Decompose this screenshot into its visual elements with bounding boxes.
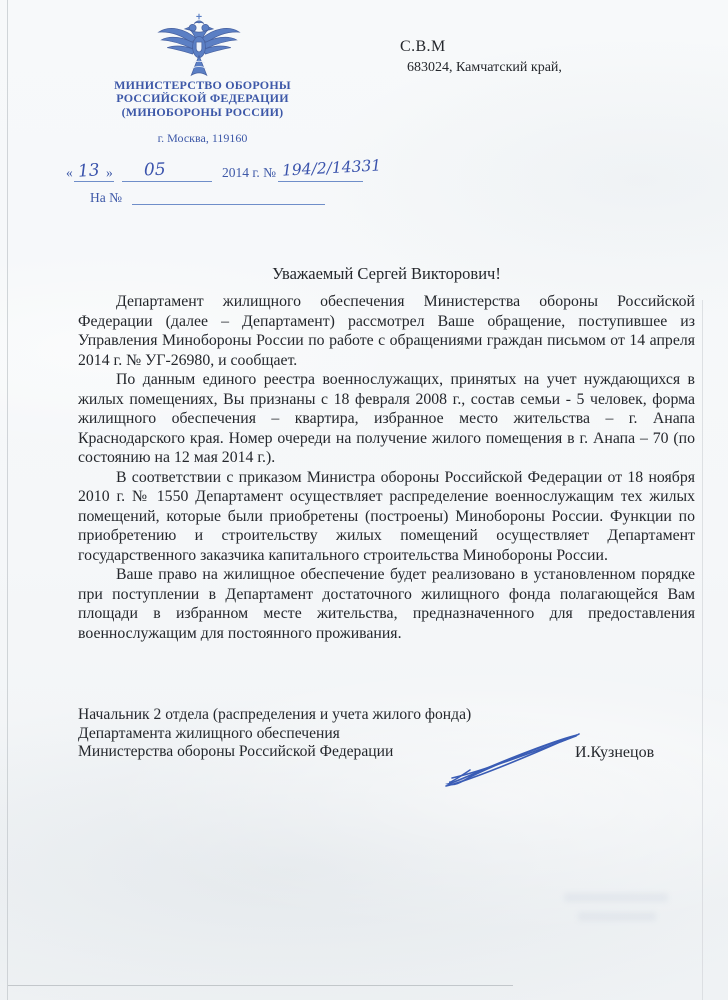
recipient-name: С.В.М <box>400 38 446 56</box>
handwritten-signature-icon <box>440 726 590 792</box>
handwritten-reference-number: 194/2/14331 <box>282 156 382 179</box>
body-paragraph-3: В соответствии с приказом Министра оборо… <box>78 468 695 566</box>
scanned-letter-page: { "letterhead": { "emblem_icon": "double… <box>0 0 728 1000</box>
quote-close: » <box>106 165 113 181</box>
paper-edge-bottom <box>8 985 513 986</box>
letterhead-org-name: МИНИСТЕРСТВО ОБОРОНЫ РОССИЙСКОЙ ФЕДЕРАЦИ… <box>70 79 335 119</box>
letter-body: Департамент жилищного обеспечения Минист… <box>78 292 695 643</box>
signer-name: И.Кузнецов <box>575 744 654 762</box>
body-paragraph-1: Департамент жилищного обеспечения Минист… <box>78 292 695 370</box>
signer-title-line-1: Начальник 2 отдела (распределения и учет… <box>78 706 558 725</box>
double-headed-eagle-icon <box>155 13 243 81</box>
handwritten-day: 13 <box>77 160 100 181</box>
body-paragraph-4: Ваше право на жилищное обеспечение будет… <box>78 565 695 643</box>
paper-edge-right <box>702 300 703 1000</box>
reference-date-line: « 13 » 05 2014 г. № 194/2/14331 <box>66 160 396 184</box>
reverse-side-bleed-artifact <box>556 893 668 941</box>
year-number-label: 2014 г. № <box>222 165 276 181</box>
quote-open: « <box>66 165 73 181</box>
day-underline <box>74 181 114 182</box>
org-line-3: (МИНОБОРОНЫ РОССИИ) <box>70 106 335 119</box>
month-underline <box>122 181 212 182</box>
salutation: Уважаемый Сергей Викторович! <box>78 264 695 284</box>
recipient-address: 683024, Камчатский край, <box>407 60 562 76</box>
org-line-2: РОССИЙСКОЙ ФЕДЕРАЦИИ <box>70 92 335 105</box>
reply-to-label: На № <box>90 190 122 206</box>
reference-number-underline <box>278 181 363 182</box>
reply-to-underline <box>132 204 325 205</box>
handwritten-month: 05 <box>144 160 166 181</box>
letterhead-address: г. Москва, 119160 <box>70 131 335 146</box>
paper-edge-left <box>7 0 8 1000</box>
org-line-1: МИНИСТЕРСТВО ОБОРОНЫ <box>70 79 335 92</box>
body-paragraph-2: По данным единого реестра военнослужащих… <box>78 370 695 468</box>
